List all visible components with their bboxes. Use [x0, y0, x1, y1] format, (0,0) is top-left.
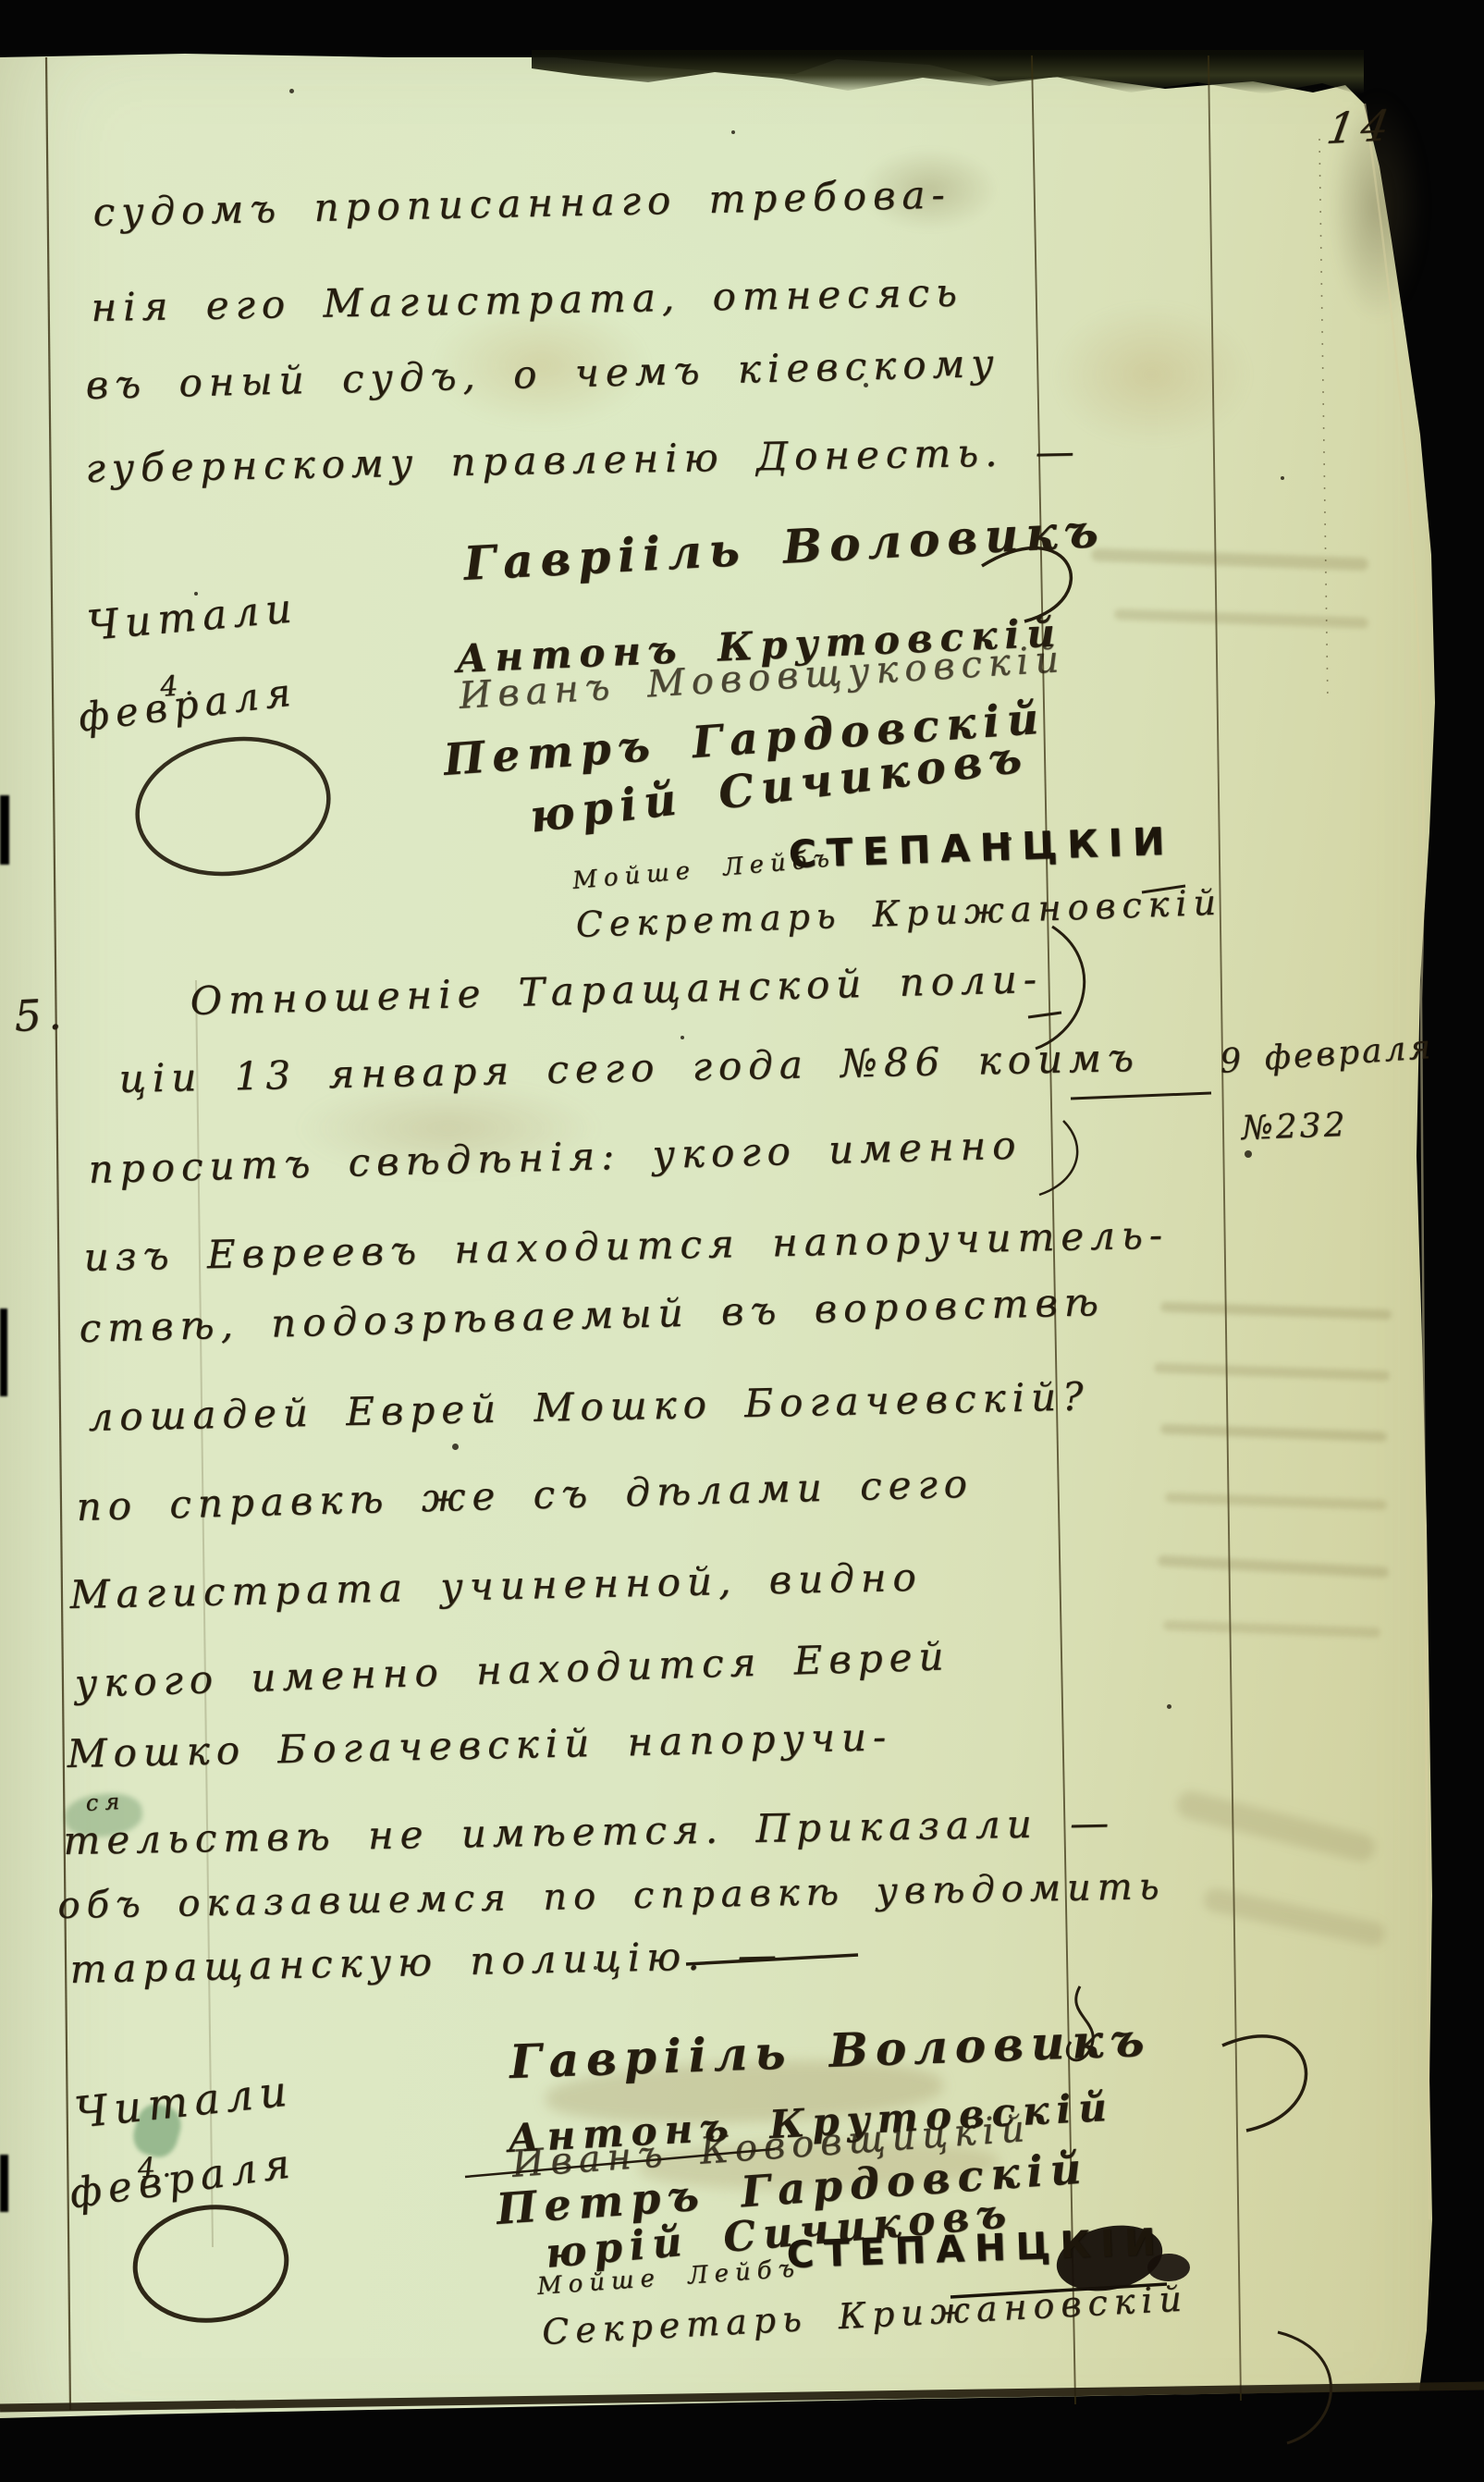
oval-paraph-bottom [129, 2200, 292, 2328]
right-column-rule-2 [1208, 55, 1241, 2401]
scanned-page: 14 судомъ прописаннаго требова- нія его … [0, 0, 1484, 2482]
oval-paraph-top [128, 726, 338, 888]
bottom-edge-shadow [0, 2386, 1484, 2408]
torn-edge-rim [1365, 104, 1429, 2219]
resolution-number: №232 [1241, 1106, 1348, 1148]
fill-dash-line-1 [1028, 1013, 1061, 1017]
page-number: 14 [1323, 100, 1399, 154]
dotted-guide-rule [1319, 139, 1328, 703]
left-margin-rule [46, 57, 70, 2410]
signature-flourish [1222, 2036, 1306, 2131]
interline-correction: ся [85, 1788, 127, 1816]
bracket-flourish [1039, 1121, 1077, 1195]
fill-dash-line-2 [1071, 1093, 1211, 1099]
entry-number: 5. [13, 989, 69, 1041]
